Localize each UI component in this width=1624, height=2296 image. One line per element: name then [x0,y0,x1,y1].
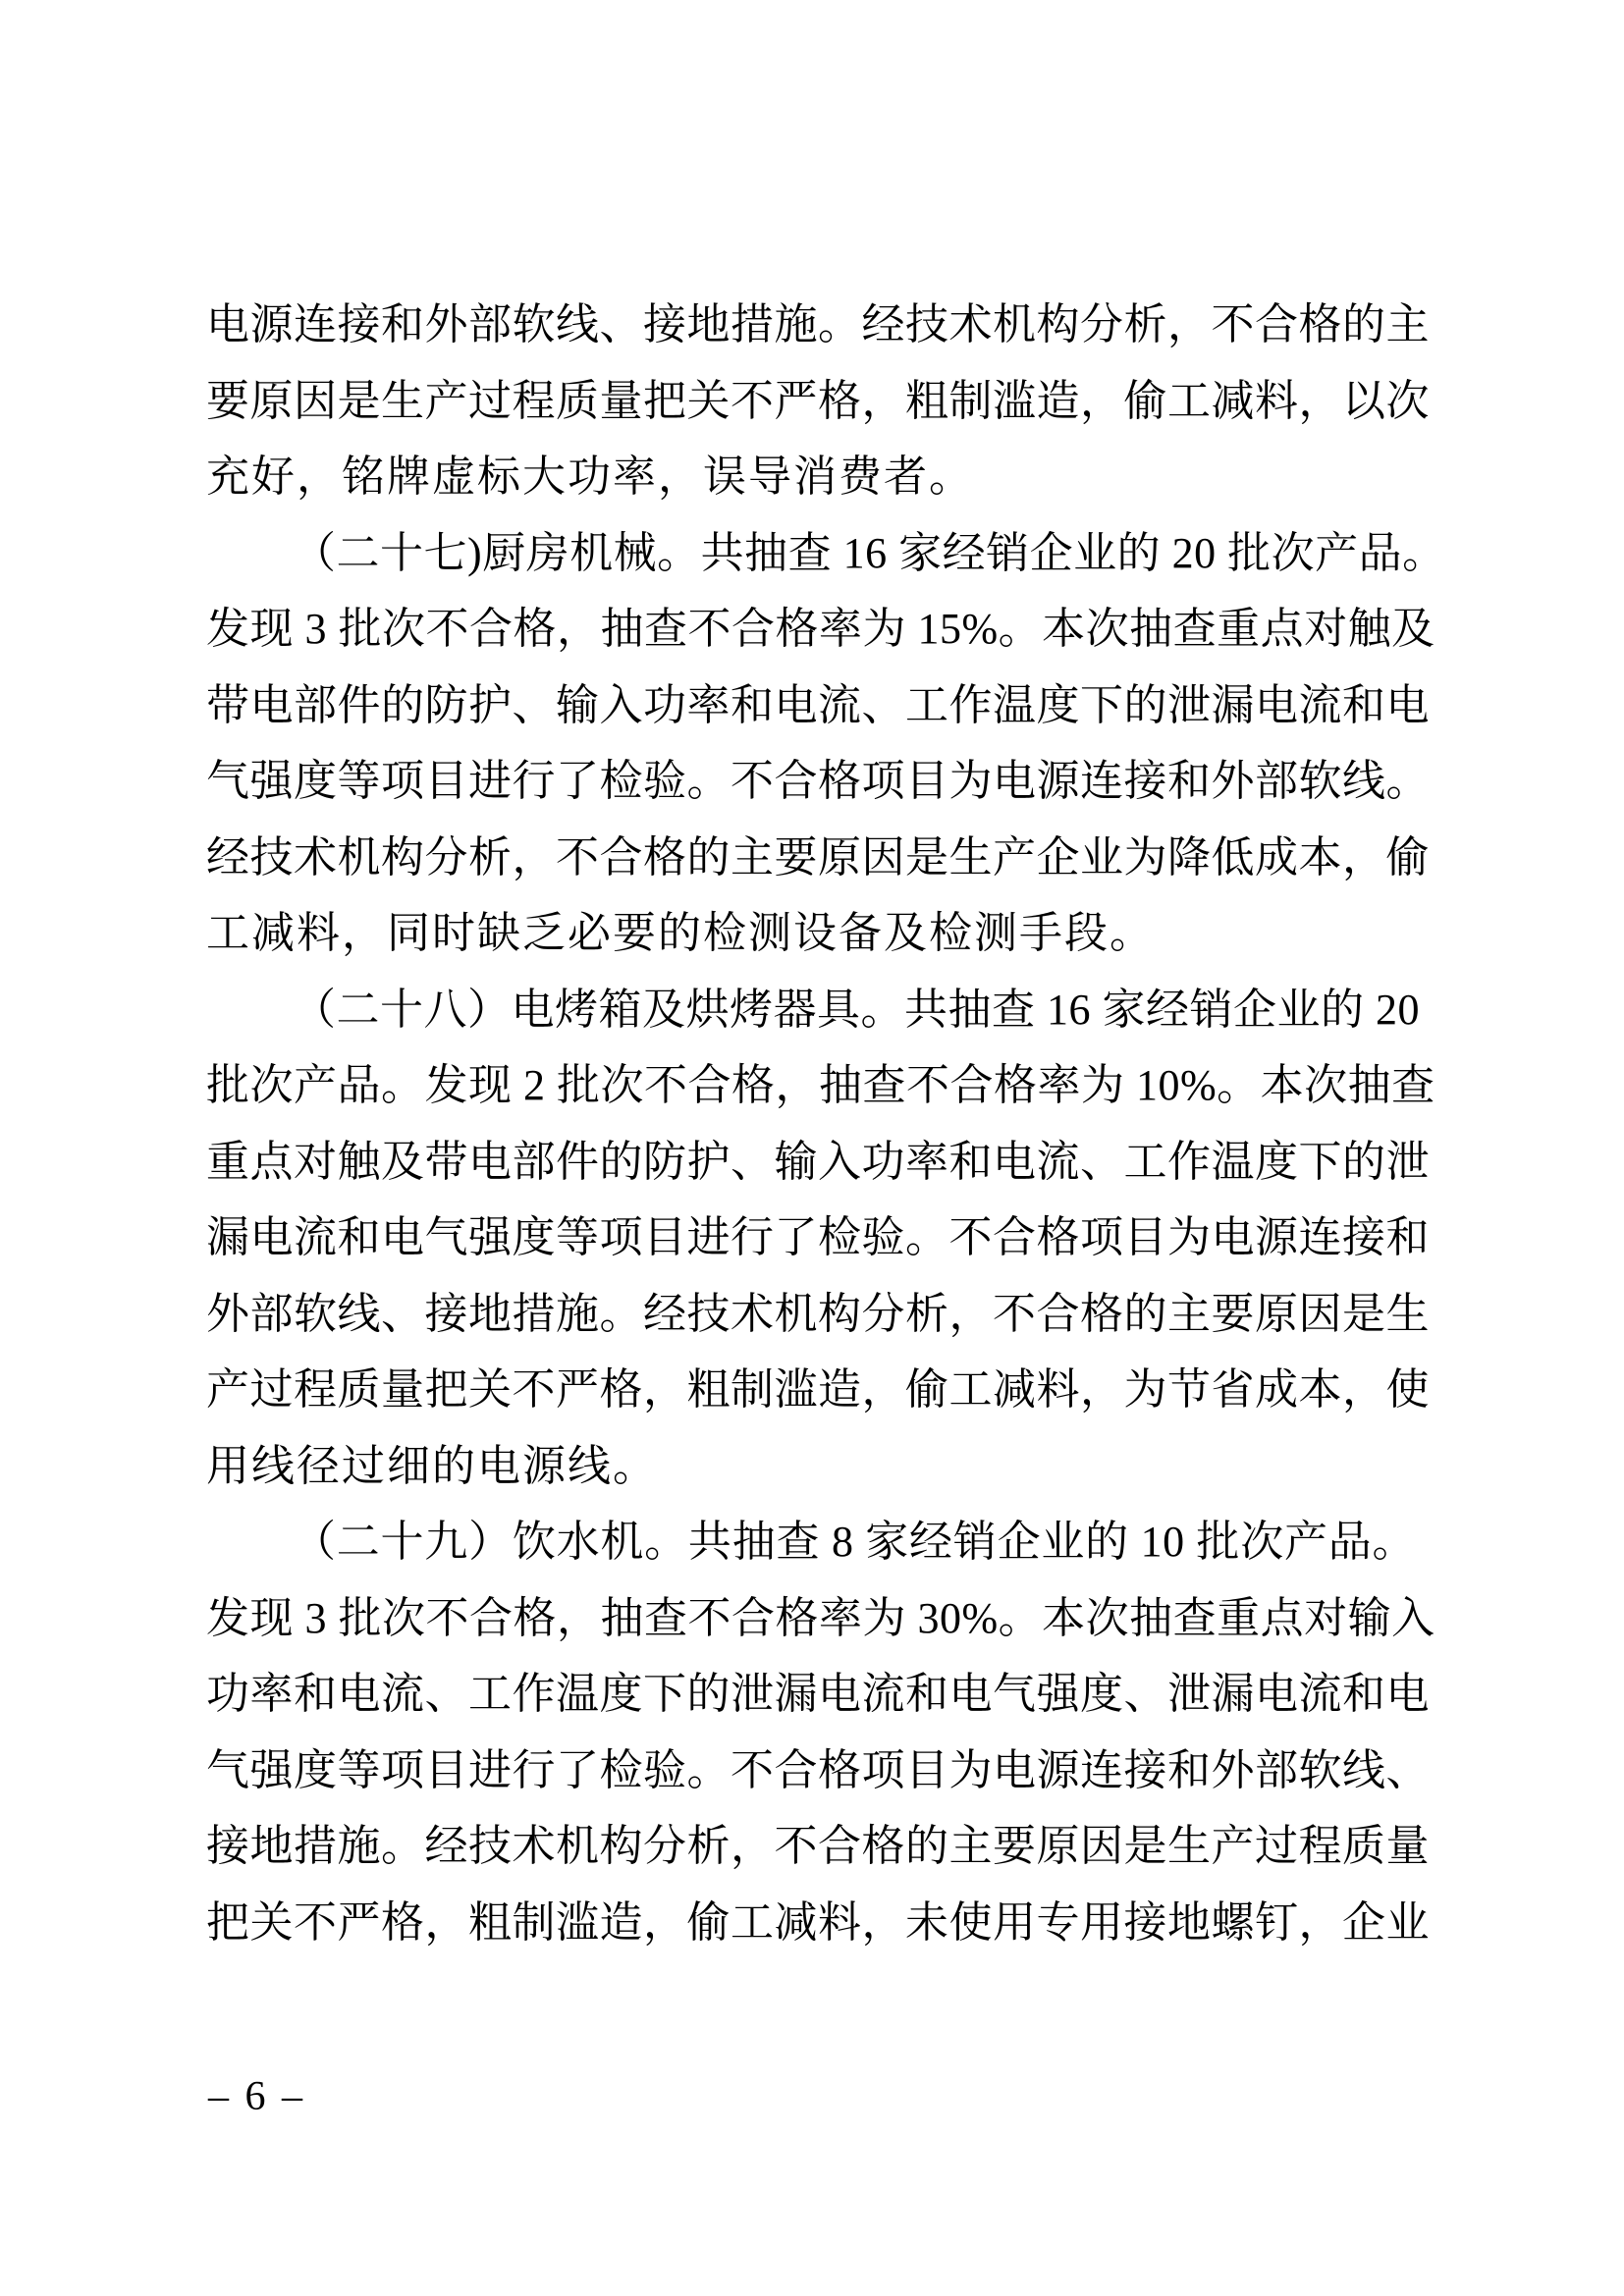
text-line: 发现 3 批次不合格，抽查不合格率为 30%。本次抽查重点对输入 [206,1580,1416,1657]
text-line: 功率和电流、工作温度下的泄漏电流和电气强度、泄漏电流和电 [206,1656,1416,1733]
text-line: 气强度等项目进行了检验。不合格项目为电源连接和外部软线。 [206,743,1416,820]
text-line: 批次产品。发现 2 批次不合格，抽查不合格率为 10%。本次抽查 [206,1047,1416,1124]
text-line: 用线径过细的电源线。 [206,1428,1416,1505]
text-line: 产过程质量把关不严格，粗制滥造，偷工减料，为节省成本，使 [206,1352,1416,1428]
text-line: 充好，铭牌虚标大功率，误导消费者。 [206,439,1416,515]
text-line: 接地措施。经技术机构分析，不合格的主要原因是生产过程质量 [206,1808,1416,1885]
text-line: 漏电流和电气强度等项目进行了检验。不合格项目为电源连接和 [206,1200,1416,1276]
text-line: 发现 3 批次不合格，抽查不合格率为 15%。本次抽查重点对触及 [206,591,1416,667]
body-text: 电源连接和外部软线、接地措施。经技术机构分析，不合格的主要原因是生产过程质量把关… [206,287,1416,1960]
document-page: 电源连接和外部软线、接地措施。经技术机构分析，不合格的主要原因是生产过程质量把关… [0,0,1624,2296]
text-line: （二十七)厨房机械。共抽查 16 家经销企业的 20 批次产品。 [206,515,1416,592]
text-line: 电源连接和外部软线、接地措施。经技术机构分析，不合格的主 [206,287,1416,363]
text-line: （二十八）电烤箱及烘烤器具。共抽查 16 家经销企业的 20 [206,972,1416,1048]
text-line: （二十九）饮水机。共抽查 8 家经销企业的 10 批次产品。 [206,1504,1416,1580]
text-line: 把关不严格，粗制滥造，偷工减料，未使用专用接地螺钉，企业 [206,1885,1416,1961]
text-line: 要原因是生产过程质量把关不严格，粗制滥造，偷工减料，以次 [206,363,1416,440]
text-line: 带电部件的防护、输入功率和电流、工作温度下的泄漏电流和电 [206,667,1416,744]
page-number: – 6 – [208,2073,305,2120]
text-line: 气强度等项目进行了检验。不合格项目为电源连接和外部软线、 [206,1733,1416,1809]
text-line: 工减料，同时缺乏必要的检测设备及检测手段。 [206,895,1416,972]
text-line: 经技术机构分析，不合格的主要原因是生产企业为降低成本，偷 [206,820,1416,896]
text-line: 外部软线、接地措施。经技术机构分析，不合格的主要原因是生 [206,1276,1416,1353]
text-line: 重点对触及带电部件的防护、输入功率和电流、工作温度下的泄 [206,1124,1416,1201]
